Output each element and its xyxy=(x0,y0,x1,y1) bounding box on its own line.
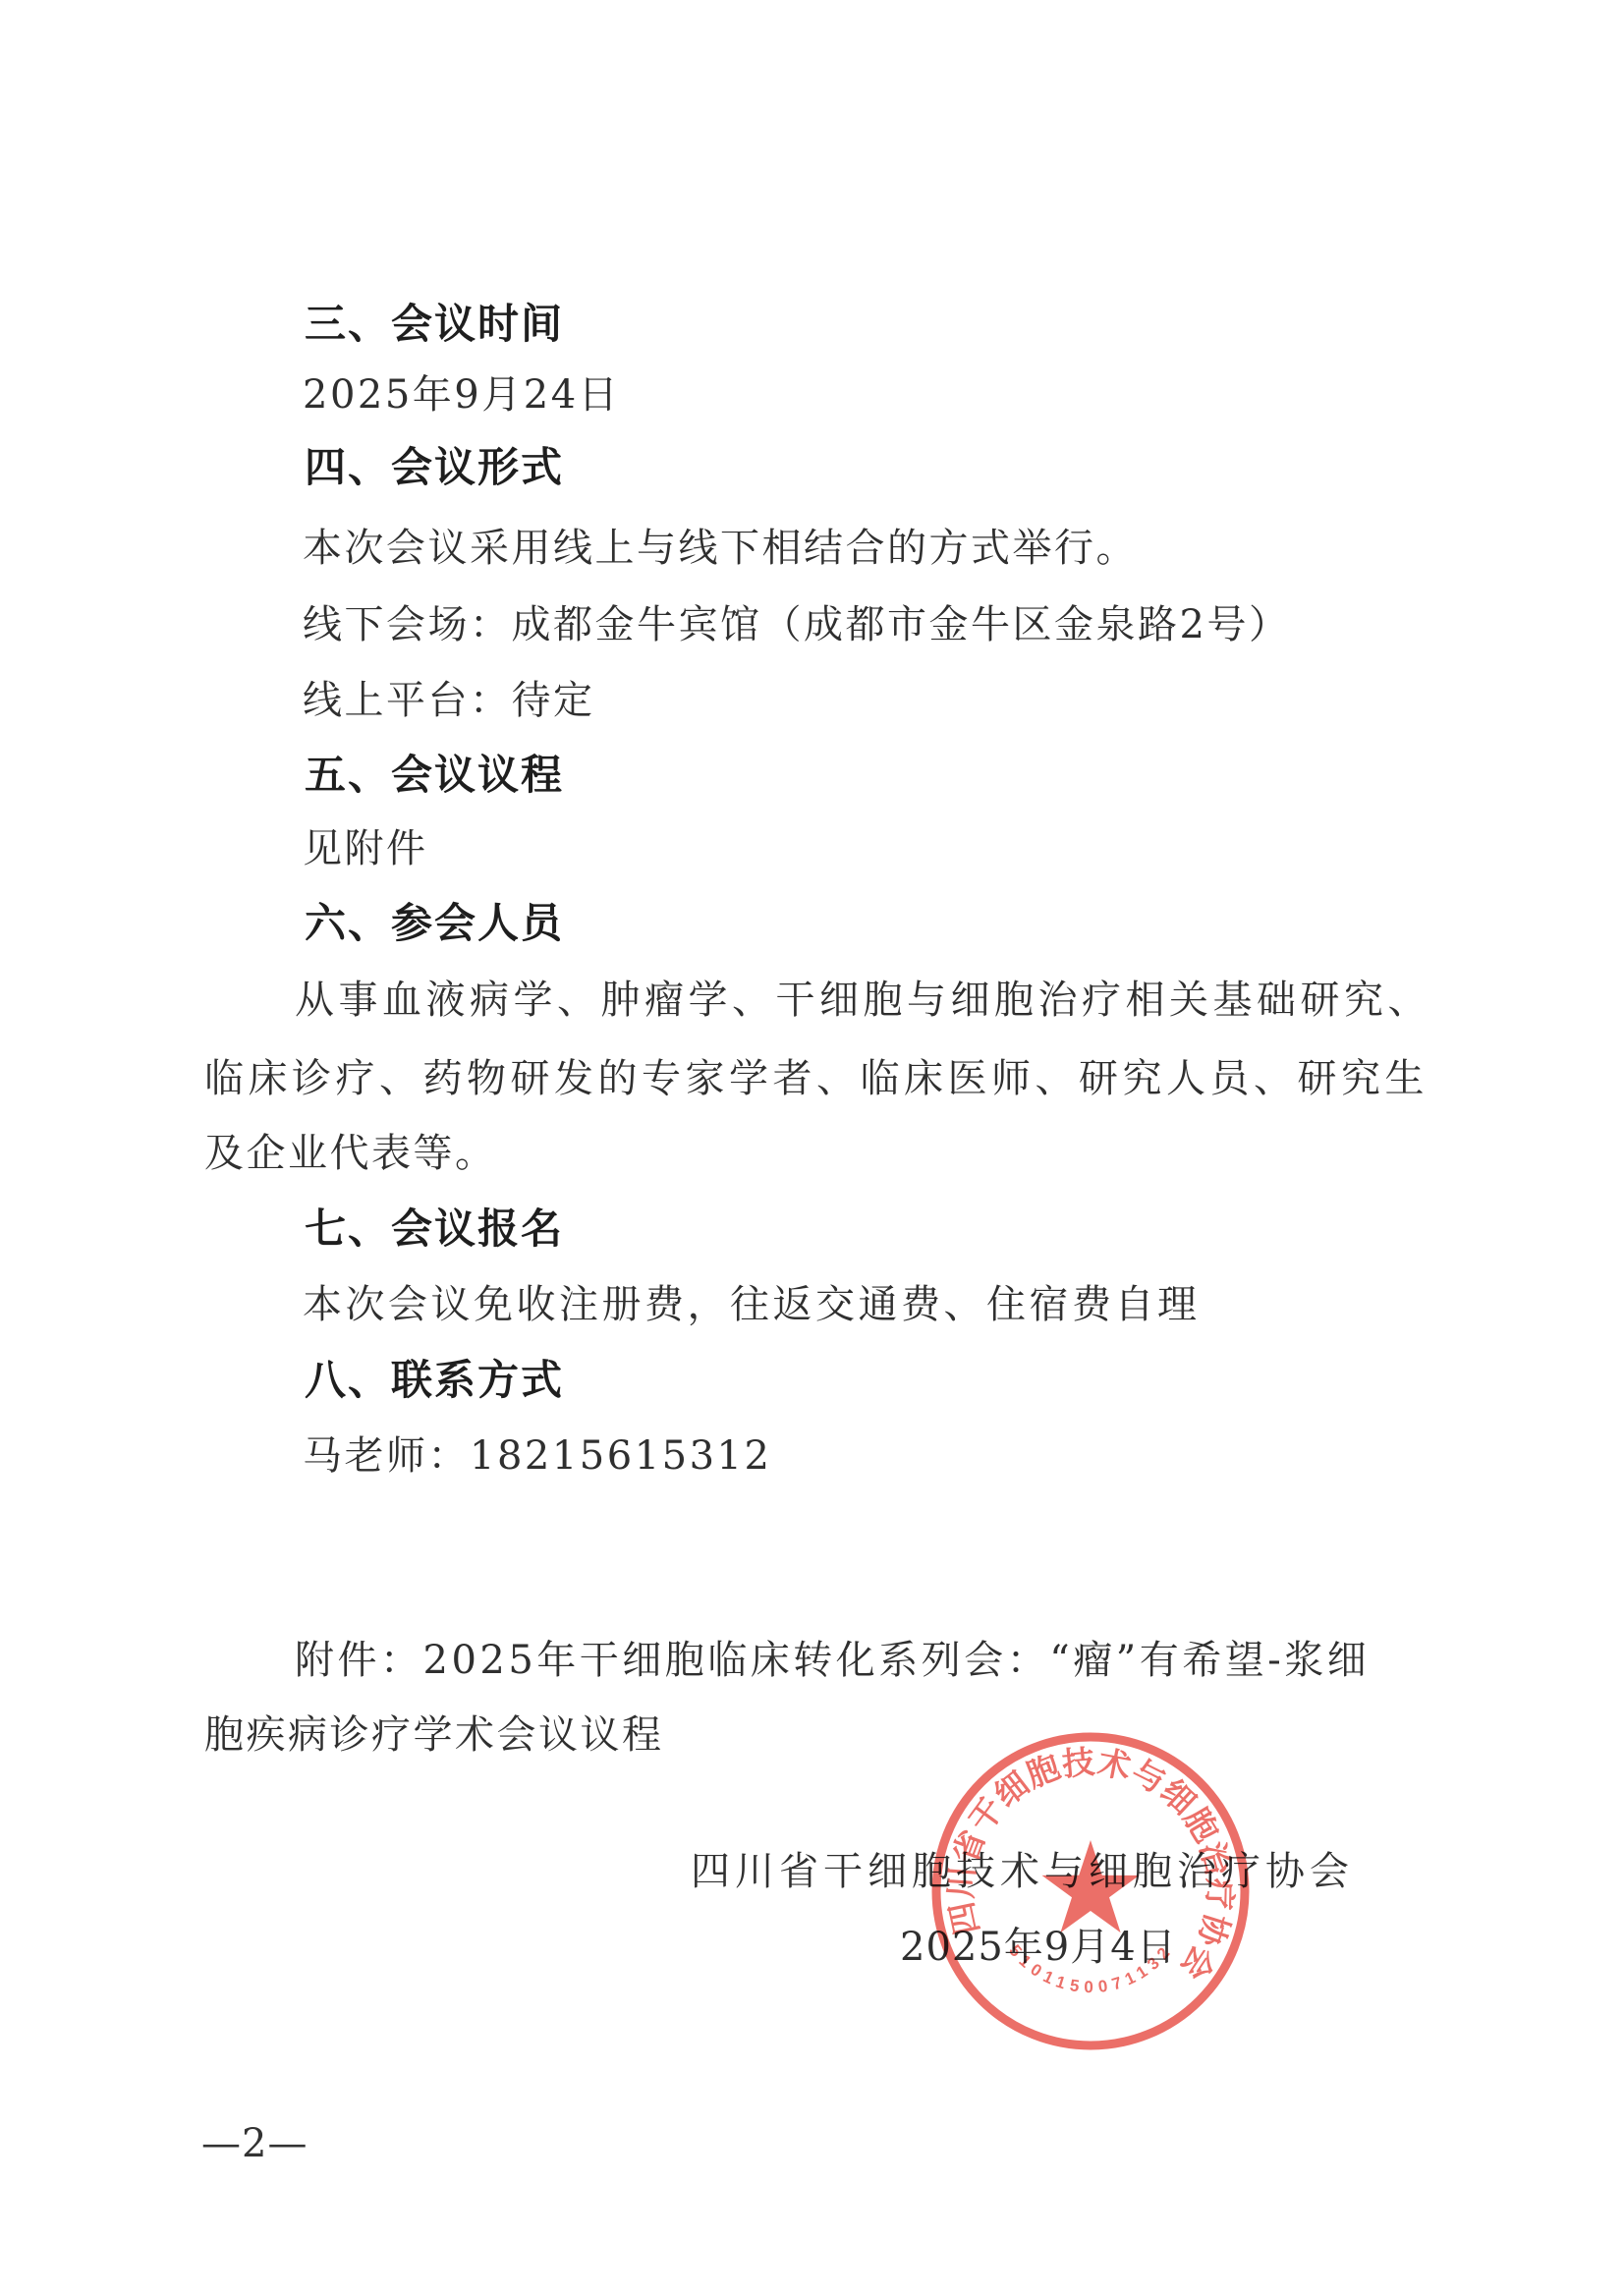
seal-code-text: 5101150071132 xyxy=(1005,1941,1176,1996)
document-page: 三、会议时间 2025年9月24日 四、会议形式 本次会议采用线上与线下相结合的… xyxy=(0,0,1624,2296)
seal-star-icon xyxy=(1042,1840,1140,1932)
official-seal: 四川省干细胞技术与细胞治疗协会 5101150071132 xyxy=(0,0,1624,2296)
seal-code-text-wrap: 5101150071132 xyxy=(1005,1941,1176,1996)
